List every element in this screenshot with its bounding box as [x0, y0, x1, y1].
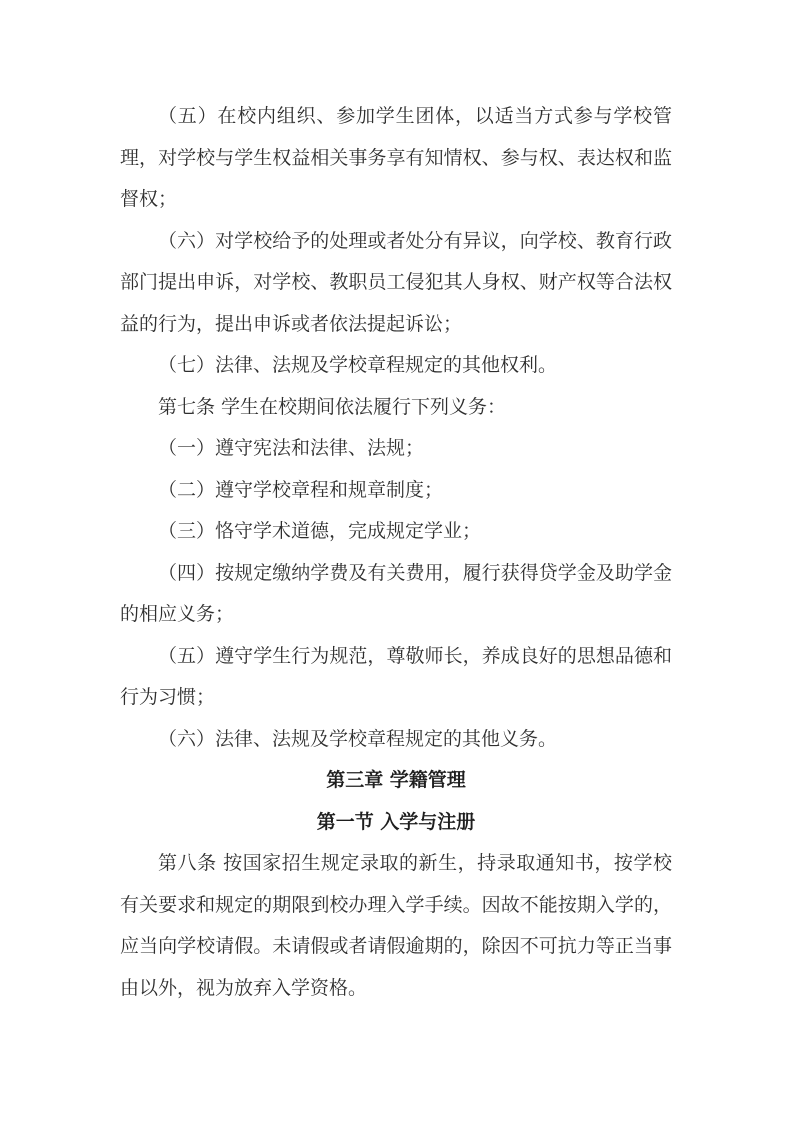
paragraph-right-5-participation: （五）在校内组织、参加学生团体，以适当方式参与学校管理，对学校与学生权益相关事务…: [120, 96, 672, 221]
article-8-paragraph: 第八条 按国家招生规定录取的新生，持录取通知书，按学校有关要求和规定的期限到校办…: [120, 843, 672, 1009]
paragraph-duty-5: （五）遵守学生行为规范，尊敬师长，养成良好的思想品德和行为习惯；: [120, 636, 672, 719]
paragraph-right-7-other-rights: （七）法律、法规及学校章程规定的其他权利。: [120, 345, 672, 387]
paragraph-duty-6: （六）法律、法规及学校章程规定的其他义务。: [120, 719, 672, 761]
chapter-heading: 第三章 学籍管理: [120, 760, 672, 802]
paragraph-duty-3: （三）恪守学术道德，完成规定学业；: [120, 511, 672, 553]
section-heading: 第一节 入学与注册: [120, 802, 672, 844]
article-7-heading: 第七条 学生在校期间依法履行下列义务：: [120, 387, 672, 429]
paragraph-duty-1: （一）遵守宪法和法律、法规；: [120, 428, 672, 470]
paragraph-right-6-appeal: （六）对学校给予的处理或者处分有异议，向学校、教育行政部门提出申诉，对学校、教职…: [120, 221, 672, 346]
document-page: （五）在校内组织、参加学生团体，以适当方式参与学校管理，对学校与学生权益相关事务…: [120, 96, 672, 1009]
paragraph-duty-4: （四）按规定缴纳学费及有关费用，履行获得贷学金及助学金的相应义务；: [120, 553, 672, 636]
paragraph-duty-2: （二）遵守学校章程和规章制度；: [120, 470, 672, 512]
